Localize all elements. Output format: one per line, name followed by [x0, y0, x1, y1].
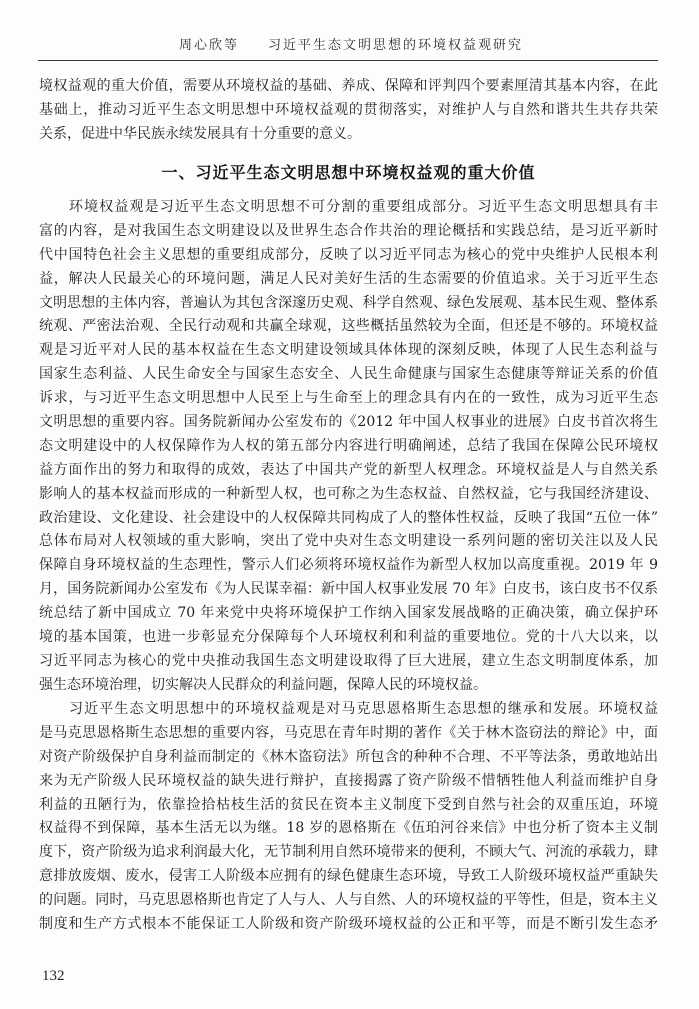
text-line: 统总结了新中国成立 70 年来党中央将环境保护工作纳入国家发展战略的正确决策，确… [39, 602, 658, 626]
text-line: 统观、严密法治观、全民行动观和共赢全球观，这些概括虽然较为全面，但还是不够的。环… [39, 315, 658, 339]
text-line: 强生态环境治理，切实解决人民群众的利益问题，保障人民的环境权益。 [39, 674, 658, 698]
paragraph-1: 境权益观的重大价值，需要从环境权益的基础、养成、保障和评判四个要素厘清其基本内容… [39, 75, 658, 147]
text-line: 月，国务院新闻办公室发布《为人民谋幸福：新中国人权事业发展 70 年》白皮书，该… [39, 578, 658, 602]
text-line: 态文明建设中的人权保障作为人权的第五部分内容进行明确阐述，总结了我国在保障公民环… [39, 435, 658, 459]
text-line: 习近平生态文明思想中的环境权益观是对马克思恩格斯生态思想的继承和发展。环境权益 [39, 698, 658, 722]
text-line: 益方面作出的努力和取得的成效，表达了中国共产党的新型人权理念。环境权益是人与自然… [39, 459, 658, 483]
text-line: 境权益观的重大价值，需要从环境权益的基础、养成、保障和评判四个要素厘清其基本内容… [39, 75, 658, 99]
text-line: 代中国特色社会主义思想的重要组成部分，反映了以习近平同志为核心的党中央维护人民根… [39, 244, 658, 268]
text-line: 益，解决人民最关心的环境问题，满足人民对美好生活的生态需要的价值追求。关于习近平… [39, 268, 658, 292]
text-line: 习近平同志为核心的党中央推动我国生态文明建设取得了巨大进展，建立生态文明制度体系… [39, 650, 658, 674]
text-line: 基础上，推动习近平生态文明思想中环境权益观的贯彻落实，对维护人与自然和谐共生共存… [39, 99, 658, 123]
text-line: 总体布局对人权领域的重大影响，突出了党中央对生态文明建设一系列问题的密切关注以及… [39, 530, 658, 554]
text-line: 度下，资产阶级为追求利润最大化，无节制利用自然环境带来的便利，不顾大气、河流的承… [39, 841, 658, 865]
text-line: 环境权益观是习近平生态文明思想不可分割的重要组成部分。习近平生态文明思想具有丰 [39, 196, 658, 220]
text-line: 制度和生产方式根本不能保证工人阶级和资产阶级环境权益的公正和平等，而是不断引发生… [39, 913, 658, 937]
text-line: 意排放废烟、废水，侵害工人阶级本应拥有的绿色健康生态环境，导致工人阶级环境权益严… [39, 865, 658, 889]
text-line: 政治建设、文化建设、社会建设中的人权保障共同构成了人的整体性权益，反映了我国“五… [39, 507, 658, 531]
text-line: 文明思想的重要内容。国务院新闻办公室发布的《2012 年中国人权事业的进展》白皮… [39, 411, 658, 435]
header-title: 习近平生态文明思想的环境权益观研究 [268, 36, 523, 56]
text-line: 国家生态利益、人民生命安全与国家生态安全、人民生命健康与国家生态健康等辩证关系的… [39, 363, 658, 387]
running-header: 周心欣等 习近平生态文明思想的环境权益观研究 [0, 36, 699, 56]
text-line: 保障自身环境权益的生态理性，警示人们必须将环境权益作为新型人权加以高度重视。20… [39, 554, 658, 578]
header-authors: 周心欣等 [179, 36, 239, 56]
text-line: 富的内容，是对我国生态文明建设以及世界生态合作共治的理论概括和实践总结，是习近平… [39, 220, 658, 244]
text-line: 关系，促进中华民族永续发展具有十分重要的意义。 [39, 123, 658, 147]
paragraph-3: 习近平生态文明思想中的环境权益观是对马克思恩格斯生态思想的继承和发展。环境权益 … [39, 698, 658, 937]
text-line: 境的基本国策，也进一步彰显充分保障每个人环境权利和利益的重要地位。党的十八大以来… [39, 626, 658, 650]
text-line: 利益的丑陋行为，依靠捡拾枯枝生活的贫民在资本主义制度下受到自然与社会的双重压迫，… [39, 794, 658, 818]
text-line: 文明思想的主体内容，普遍认为其包含深邃历史观、科学自然观、绿色发展观、基本民生观… [39, 292, 658, 316]
text-line: 观是习近平对人民的基本权益在生态文明建设领域具体体现的深刻反映，体现了人民生态利… [39, 339, 658, 363]
page-number: 132 [42, 966, 65, 986]
text-line: 影响人的基本权益而形成的一种新型人权，也可称之为生态权益、自然权益，它与我国经济… [39, 483, 658, 507]
text-line: 诉求，与习近平生态文明思想中人民至上与生命至上的理念具有内在的一致性，成为习近平… [39, 387, 658, 411]
text-line: 的问题。同时，马克思恩格斯也肯定了人与人、人与自然、人的环境权益的平等性，但是，… [39, 889, 658, 913]
text-line: 是马克思恩格斯生态思想的重要内容，马克思在青年时期的著作《关于林木盗窃法的辩论》… [39, 722, 658, 746]
text-line: 对资产阶级保护自身利益而制定的《林木盗窃法》所包含的种种不合理、不平等法条，勇敢… [39, 746, 658, 770]
document-page: 周心欣等 习近平生态文明思想的环境权益观研究 境权益观的重大价值，需要从环境权益… [0, 0, 699, 1009]
paragraph-2: 环境权益观是习近平生态文明思想不可分割的重要组成部分。习近平生态文明思想具有丰 … [39, 196, 658, 698]
header-rule [38, 60, 658, 61]
text-line: 权益得不到保障，基本生活无以为继。18 岁的恩格斯在《伍珀河谷来信》中也分析了资… [39, 817, 658, 841]
text-line: 来为无产阶级人民环境权益的缺失进行辩护，直接揭露了资产阶级不惜牺牲他人利益而维护… [39, 770, 658, 794]
section-heading: 一、习近平生态文明思想中环境权益观的重大价值 [39, 161, 658, 185]
